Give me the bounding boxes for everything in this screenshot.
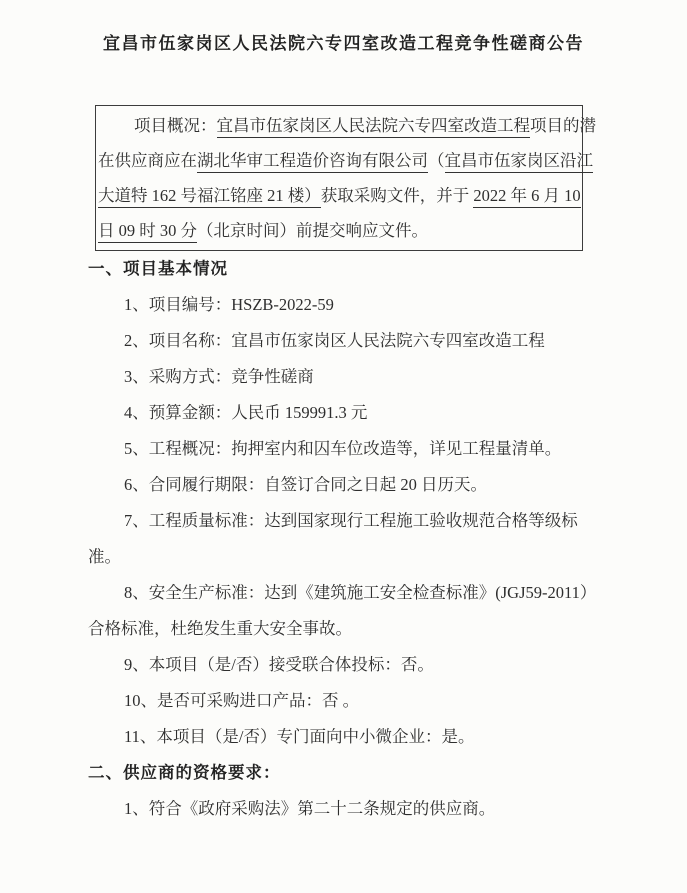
- item-sme-oriented: 11、本项目（是/否）专门面向中小微企业：是。: [88, 719, 687, 755]
- section-1-heading: 一、项目基本情况: [88, 251, 687, 287]
- overview-underlined-text: 宜昌市伍家岗区人民法院六专四室改造工程: [217, 116, 531, 138]
- overview-line-4: 日 09 时 30 分（北京时间）前提交响应文件。: [98, 213, 580, 248]
- item-budget-amount: 4、预算金额：人民币 159991.3 元: [88, 395, 687, 431]
- overview-text: 项目概况：: [134, 116, 217, 135]
- item-procurement-method: 3、采购方式：竞争性磋商: [88, 359, 687, 395]
- overview-underlined-text: 宜昌市伍家岗区沿江: [445, 151, 594, 173]
- item-project-number: 1、项目编号：HSZB-2022-59: [88, 287, 687, 323]
- overview-text: 项目的潜: [530, 116, 596, 135]
- overview-text: （: [428, 151, 445, 170]
- item-supplier-qualification: 1、符合《政府采购法》第二十二条规定的供应商。: [88, 791, 687, 827]
- overview-line-2: 在供应商应在湖北华审工程造价咨询有限公司（宜昌市伍家岗区沿江: [98, 143, 580, 178]
- item-project-overview: 5、工程概况：拘押室内和囚车位改造等，详见工程量清单。: [88, 431, 687, 467]
- overview-underlined-text: 2022 年 6 月 10: [473, 186, 580, 208]
- page-title: 宜昌市伍家岗区人民法院六专四室改造工程竞争性磋商公告: [0, 0, 687, 57]
- overview-underlined-text: 湖北华审工程造价咨询有限公司: [197, 151, 428, 173]
- item-safety-standard-line-2: 合格标准，杜绝发生重大安全事故。: [88, 611, 687, 647]
- overview-text: （北京时间）前提交响应文件。: [197, 221, 428, 240]
- section-2-heading: 二、供应商的资格要求：: [88, 755, 687, 791]
- overview-text: 获取采购文件，并于: [321, 186, 474, 205]
- overview-line-1: 项目概况：宜昌市伍家岗区人民法院六专四室改造工程项目的潜: [98, 108, 580, 143]
- project-overview-box: 项目概况：宜昌市伍家岗区人民法院六专四室改造工程项目的潜 在供应商应在湖北华审工…: [95, 105, 583, 251]
- overview-line-3: 大道特 162 号福江铭座 21 楼）获取采购文件，并于 2022 年 6 月 …: [98, 178, 580, 213]
- item-quality-standard-line-2: 准。: [88, 539, 687, 575]
- item-consortium-bid: 9、本项目（是/否）接受联合体投标：否。: [88, 647, 687, 683]
- overview-text: 在供应商应在: [98, 151, 197, 170]
- item-quality-standard-line-1: 7、工程质量标准：达到国家现行工程施工验收规范合格等级标: [88, 503, 687, 539]
- item-safety-standard-line-1: 8、安全生产标准：达到《建筑施工安全检查标准》(JGJ59-2011）: [88, 575, 687, 611]
- item-project-name: 2、项目名称：宜昌市伍家岗区人民法院六专四室改造工程: [88, 323, 687, 359]
- item-imported-products: 10、是否可采购进口产品：否 。: [88, 683, 687, 719]
- document-page: 宜昌市伍家岗区人民法院六专四室改造工程竞争性磋商公告 项目概况：宜昌市伍家岗区人…: [0, 0, 687, 893]
- item-contract-period: 6、合同履行期限：自签订合同之日起 20 日历天。: [88, 467, 687, 503]
- overview-underlined-text: 大道特 162 号福江铭座 21 楼）: [98, 186, 321, 208]
- overview-underlined-text: 日 09 时 30 分: [98, 221, 197, 243]
- document-body: 一、项目基本情况 1、项目编号：HSZB-2022-59 2、项目名称：宜昌市伍…: [88, 251, 687, 827]
